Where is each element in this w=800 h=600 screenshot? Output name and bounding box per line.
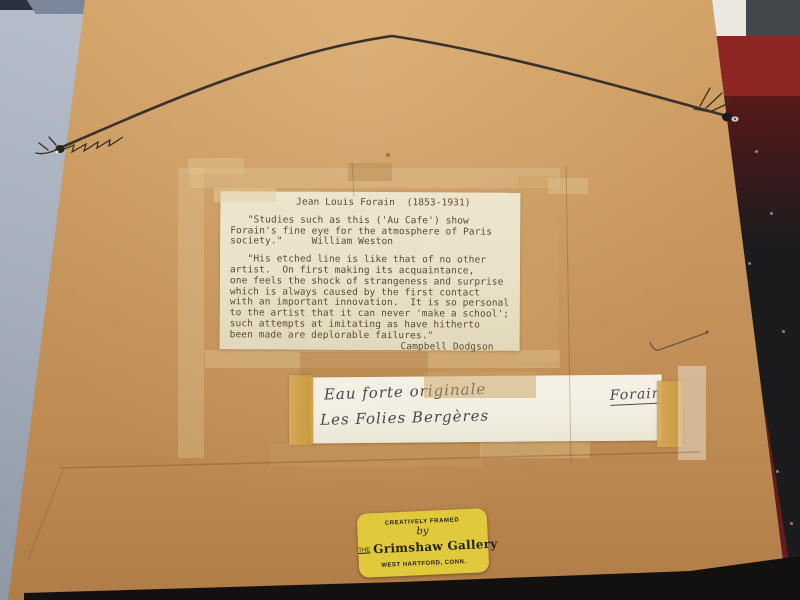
tape-strip-top-dark bbox=[348, 163, 392, 181]
label-quote-1: "Studies such as this ('Au Cafe') show F… bbox=[230, 215, 510, 249]
label-attribution: Campbell Dodgson bbox=[230, 341, 510, 353]
floor-speck bbox=[748, 262, 751, 265]
tape-over-label-corner bbox=[214, 188, 276, 202]
artist-signature: Forain bbox=[610, 386, 663, 406]
gallery-sticker: CREATIVELY FRAMED by THEGrimshaw Gallery… bbox=[357, 508, 490, 578]
label-quote-2: "His etched line is like that of no othe… bbox=[230, 254, 510, 342]
tape-patch-under-label bbox=[300, 352, 428, 378]
tape-over-note-top bbox=[424, 372, 536, 398]
floor-speck bbox=[755, 150, 758, 153]
floor-speck bbox=[782, 330, 785, 333]
typed-description-label: Jean Louis Forain (1853-1931) "Studies s… bbox=[220, 191, 521, 351]
masking-tape-left bbox=[289, 375, 313, 445]
photo-back-of-framed-picture: Jean Louis Forain (1853-1931) "Studies s… bbox=[0, 0, 800, 600]
gallery-name: Grimshaw Gallery bbox=[373, 537, 498, 557]
tape-strip-below-note bbox=[270, 444, 482, 466]
tape-right-of-note bbox=[678, 366, 706, 460]
floor-speck bbox=[790, 522, 793, 525]
gallery-location: WEST HARTFORD, CONN. bbox=[359, 558, 489, 570]
tape-strip-below-note-light bbox=[480, 442, 590, 458]
tape-strip-right-column bbox=[518, 176, 558, 362]
note-line-2: Les Folies Bergères bbox=[320, 406, 490, 428]
tape-strip-top-right bbox=[548, 178, 588, 194]
gallery-name-prefix: THE bbox=[358, 547, 370, 554]
floor-speck bbox=[776, 470, 779, 473]
tape-strip-left-column bbox=[178, 168, 204, 458]
floor-speck bbox=[770, 212, 773, 215]
